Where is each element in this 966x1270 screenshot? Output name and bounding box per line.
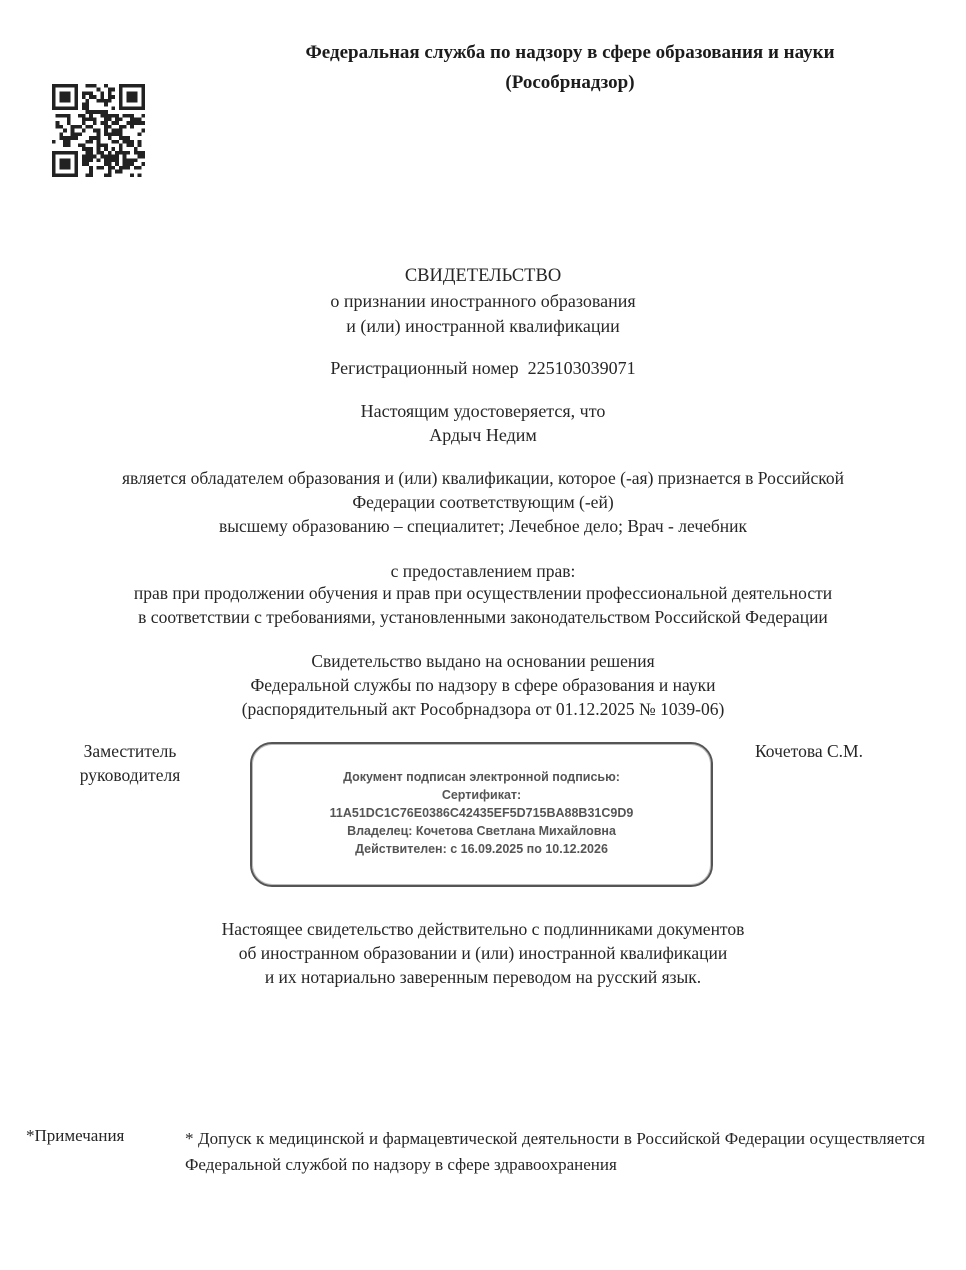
registration-number: 225103039071 — [528, 358, 636, 378]
notes-text: * Допуск к медицинской и фармацевтическо… — [185, 1126, 925, 1178]
validity-note-line-1: Настоящее свидетельство действительно с … — [0, 917, 966, 941]
signer-name: Кочетова С.М. — [755, 739, 863, 763]
validity-note-line-3: и их нотариально заверенным переводом на… — [0, 965, 966, 989]
basis-line-1: Свидетельство выдано на основании решени… — [0, 649, 966, 673]
registration-number-row: Регистрационный номер 225103039071 — [0, 356, 966, 380]
signer-position: Заместитель руководителя — [60, 739, 200, 787]
validity-note-line-2: об иностранном образовании и (или) иност… — [0, 941, 966, 965]
recognition-line-1: является обладателем образования и (или)… — [0, 466, 966, 490]
certificate-heading: СВИДЕТЕЛЬСТВО о признании иностранного о… — [0, 264, 966, 338]
certificate-subtitle-1: о признании иностранного образования — [0, 288, 966, 314]
agency-header: Федеральная служба по надзору в сфере об… — [220, 38, 920, 98]
qr-code-icon — [52, 84, 145, 177]
agency-name: Федеральная служба по надзору в сфере об… — [220, 38, 920, 68]
certificate-subtitle-2: и (или) иностранной квалификации — [0, 314, 966, 338]
rights-intro: с предоставлением прав: — [0, 559, 966, 583]
recognition-line-2: Федерации соответствующим (-ей) — [0, 490, 966, 514]
notes-label: *Примечания — [26, 1126, 124, 1146]
holder-name: Ардыч Недим — [0, 423, 966, 447]
recognition-line-3: высшему образованию – специалитет; Лечеб… — [0, 514, 966, 538]
stamp-line-1: Документ подписан электронной подписью: — [252, 768, 711, 786]
stamp-validity: Действителен: с 16.09.2025 по 10.12.2026 — [252, 840, 711, 858]
certificate-title: СВИДЕТЕЛЬСТВО — [0, 264, 966, 288]
basis-line-2: Федеральной службы по надзору в сфере об… — [0, 673, 966, 697]
registration-label: Регистрационный номер — [330, 358, 518, 378]
rights-line-2: в соответствии с требованиями, установле… — [0, 605, 966, 629]
electronic-signature-stamp: Документ подписан электронной подписью: … — [250, 742, 713, 887]
basis-line-3: (распорядительный акт Рособрнадзора от 0… — [0, 697, 966, 721]
signer-position-line-2: руководителя — [60, 763, 200, 787]
certifies-text: Настоящим удостоверяется, что — [0, 399, 966, 423]
stamp-line-2: Сертификат: — [252, 786, 711, 804]
signer-position-line-1: Заместитель — [60, 739, 200, 763]
stamp-certificate-id: 11A51DC1C76E0386C42435EF5D715BA88B31C9D9 — [252, 804, 711, 822]
stamp-owner: Владелец: Кочетова Светлана Михайловна — [252, 822, 711, 840]
agency-short-name: (Рособрнадзор) — [220, 68, 920, 98]
rights-line-1: прав при продолжении обучения и прав при… — [0, 581, 966, 605]
